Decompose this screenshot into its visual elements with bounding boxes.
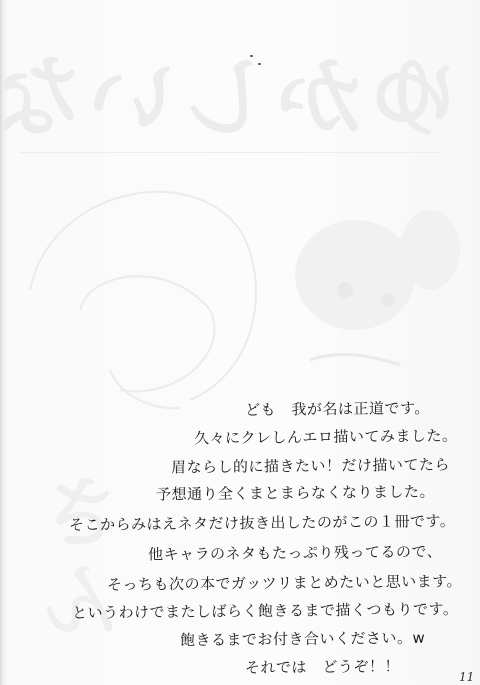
note-line: そこからみはえネタだけ抜き出したのがこの１冊です。: [69, 510, 456, 535]
note-line: そっちも次の本でガッツリまとめたいと思います。: [107, 570, 462, 595]
note-line: 予想通り全くまとまらなくなりました。: [156, 481, 435, 505]
note-line: 眉ならし的に描きたい！だけ描いてたら: [171, 454, 450, 478]
note-line-closing: それでは どうぞ！！: [245, 655, 400, 678]
note-line: というわけでまたしばらく飽きるまで描くつもりです。: [72, 598, 459, 623]
handwritten-afterword: ども 我が名は正道です。 久々にクレしんエロ描いてみました。 眉ならし的に描きた…: [0, 0, 480, 685]
page-number: 11: [459, 670, 474, 684]
note-line: 久々にクレしんエロ描いてみました。: [194, 425, 458, 449]
note-line: 他キャラのネタもたっぷり残ってるので、: [148, 540, 442, 564]
note-line-greeting: ども 我が名は正道です。: [245, 397, 430, 420]
note-line: 飽きるまでお付き合いください。w: [180, 627, 425, 651]
scanned-page: ゆかしいな さん ども 我が名は正道です。 久々にクレしんエロ描いてみました。 …: [0, 0, 480, 685]
